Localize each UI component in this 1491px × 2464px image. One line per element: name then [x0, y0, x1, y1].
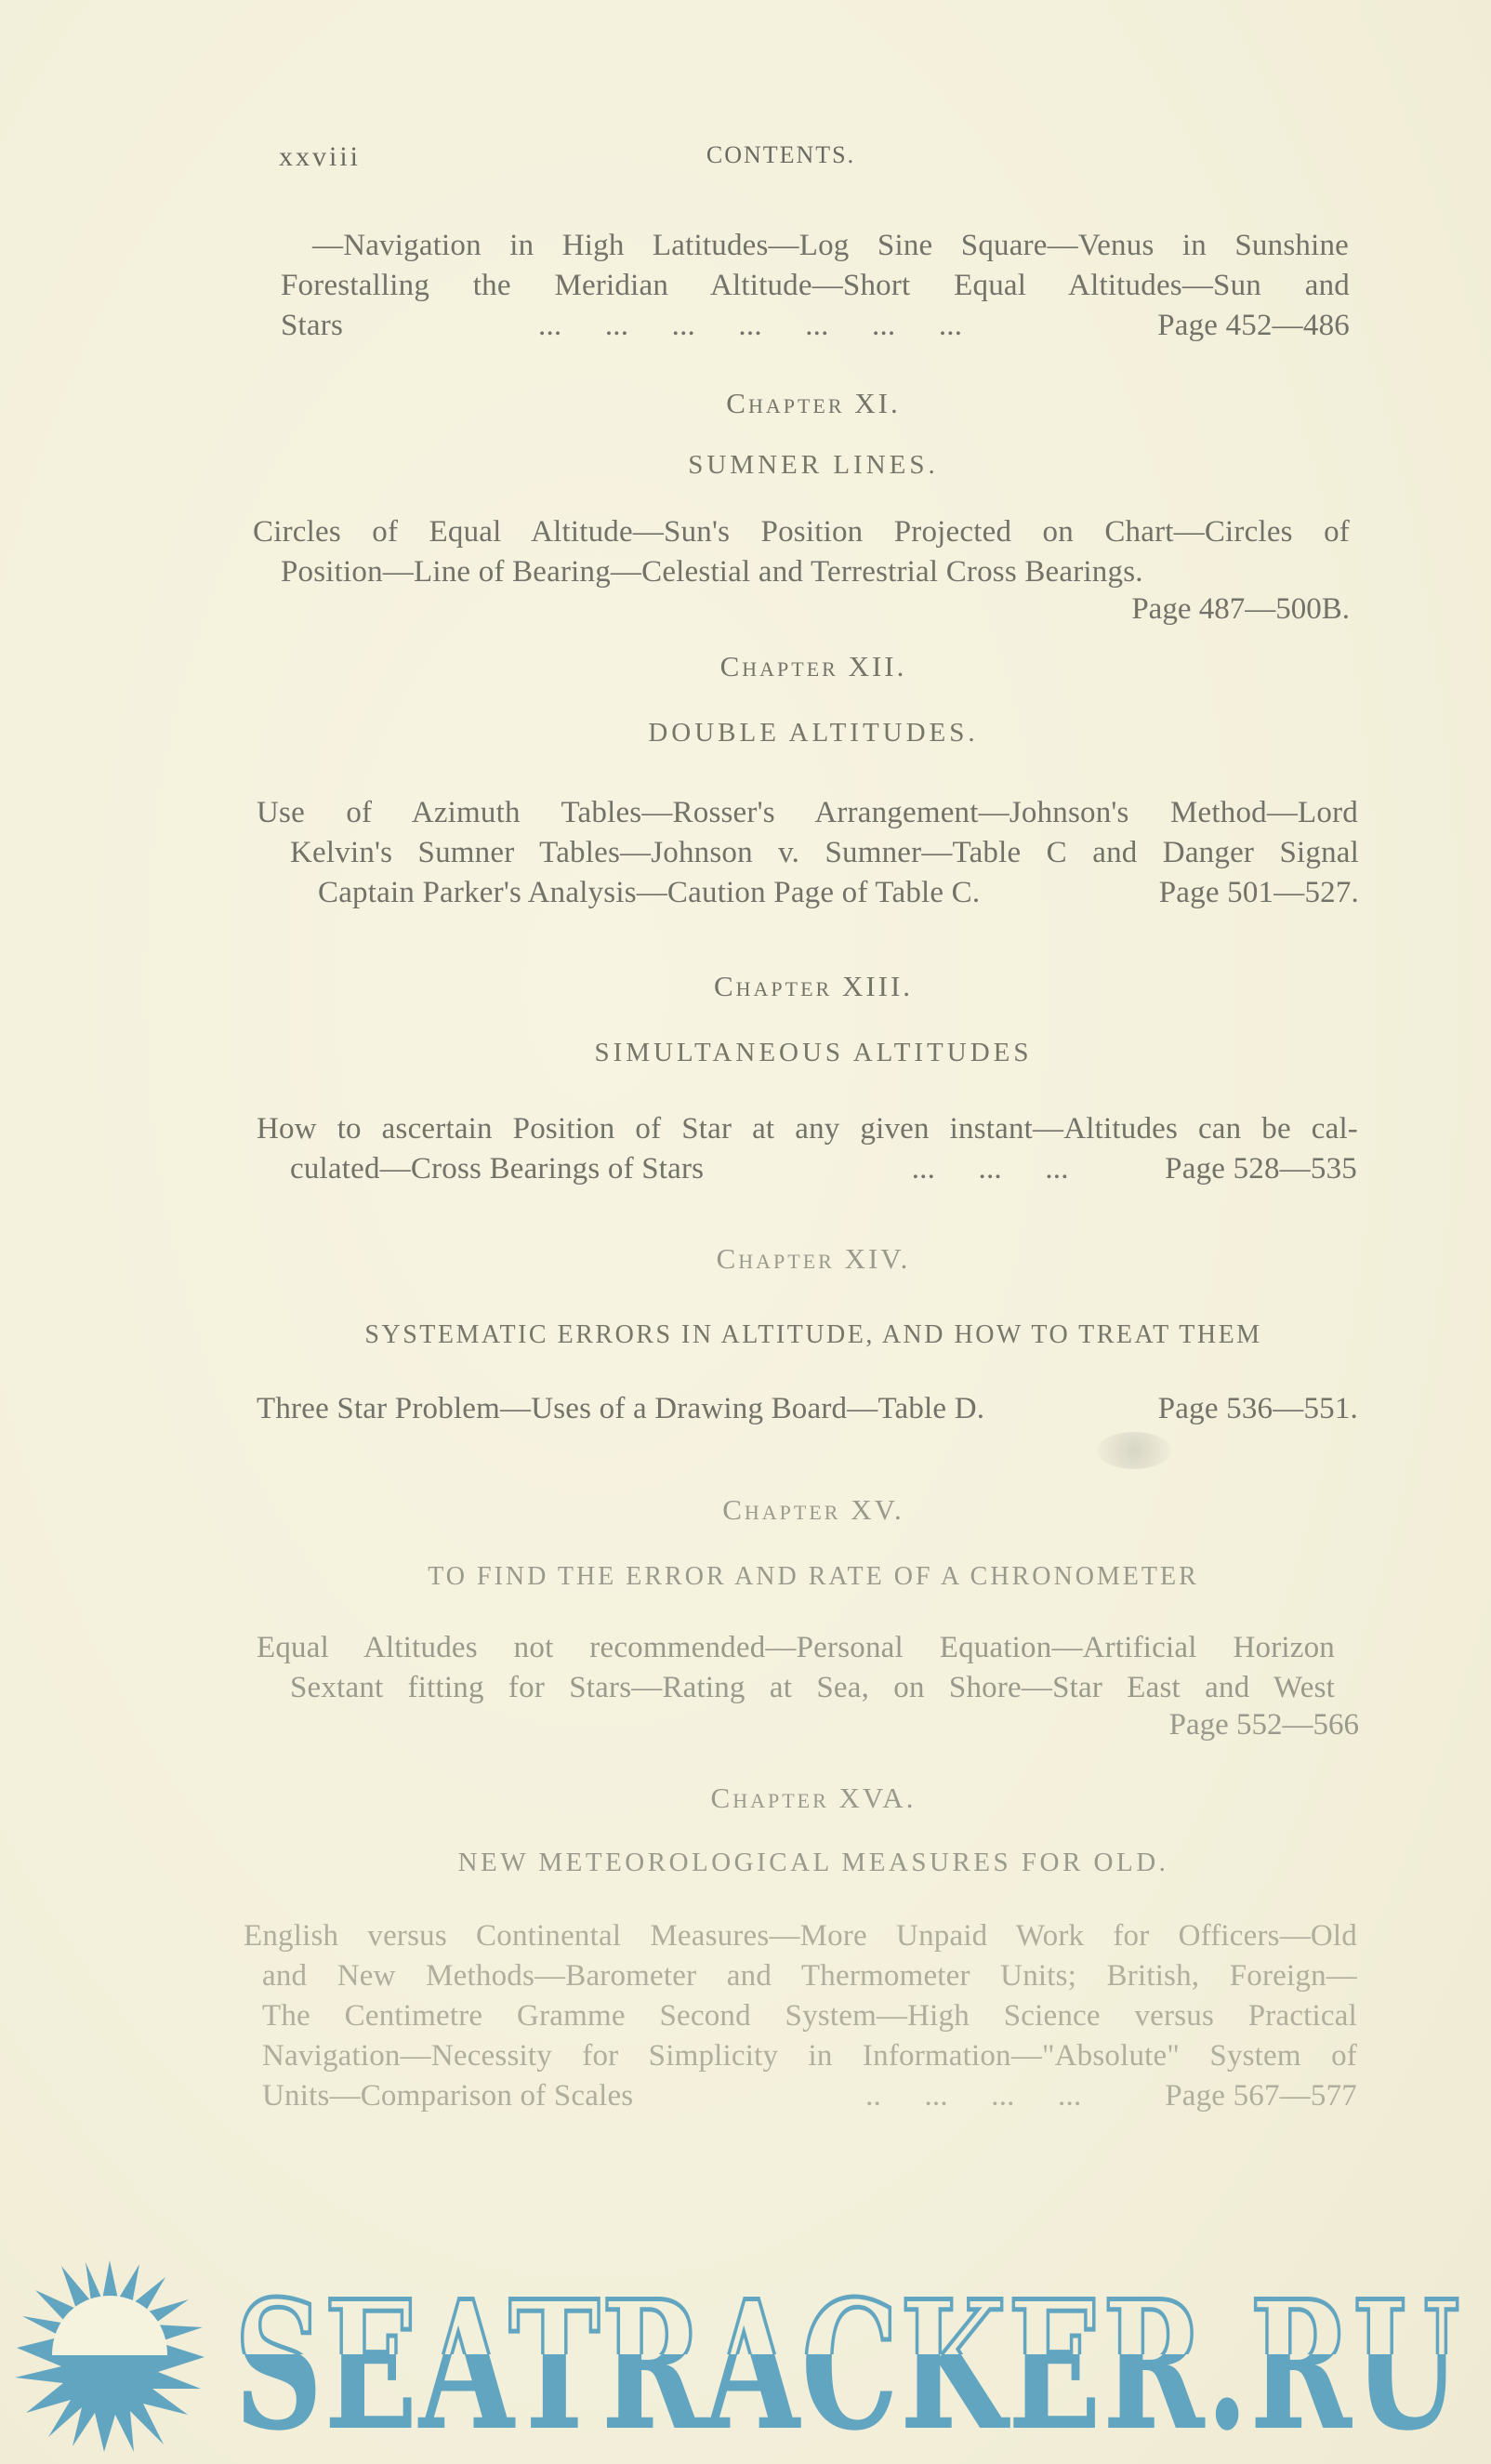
running-head: xxviii CONTENTS. — [279, 141, 1357, 179]
chapter-number: XV. — [851, 1493, 904, 1526]
chapter-title: NEW METEOROLOGICAL MEASURES FOR OLD. — [232, 1848, 1394, 1878]
entry-line: Sextant fitting for Stars—Rating at Sea,… — [290, 1668, 1335, 1708]
leader-dots: ... ... ... — [912, 1149, 1069, 1189]
chapter-title: SYSTEMATIC ERRORS IN ALTITUDE, AND HOW T… — [232, 1320, 1394, 1350]
scan-smudge — [1097, 1432, 1171, 1469]
entry-line: Units—Comparison of Scales .. ... ... ..… — [262, 2076, 1357, 2116]
page-range: Page 536—551. — [1158, 1389, 1358, 1429]
chapter-title: DOUBLE ALTITUDES. — [232, 718, 1394, 748]
chapter-title: SUMNER LINES. — [232, 450, 1394, 481]
entry-line: culated—Cross Bearings of Stars ... ... … — [290, 1149, 1357, 1189]
leader-dots: .. ... ... ... — [865, 2076, 1081, 2116]
entry-line: Forestalling the Meridian Altitude—Short… — [281, 266, 1350, 306]
page-range: Page 501—527. — [1159, 873, 1359, 913]
entry-line: Use of Azimuth Tables—Rosser's Arrangeme… — [257, 793, 1358, 833]
entry-line: Equal Altitudes not recommended—Personal… — [257, 1628, 1335, 1668]
entry-line: Kelvin's Sumner Tables—Johnson v. Sumner… — [290, 833, 1359, 873]
chapter-label: Chapter XV. — [232, 1493, 1394, 1527]
entry-line: The Centimetre Gramme Second System—High… — [262, 1996, 1357, 2036]
chapter-label: Chapter XVA. — [232, 1782, 1394, 1815]
page-range: Page 552—566 — [1169, 1708, 1359, 1742]
chapter-label: Chapter XI. — [232, 387, 1394, 420]
entry-line: How to ascertain Position of Star at any… — [257, 1109, 1358, 1149]
page-range: Page 487—500B. — [1131, 592, 1350, 627]
entry-line: Stars ... ... ... ... ... ... ... Page 4… — [281, 306, 1350, 346]
entry-text: Three Star Problem—Uses of a Drawing Boa… — [257, 1389, 984, 1429]
chapter-number: XIII. — [842, 970, 913, 1002]
chapter-number: XI. — [854, 387, 900, 419]
chapter-label: Chapter XIII. — [232, 970, 1394, 1003]
entry-line: English versus Continental Measures—More… — [244, 1916, 1357, 1956]
chapter-label: Chapter XIV. — [232, 1242, 1394, 1276]
chapter-number: XVA. — [839, 1782, 917, 1814]
sun-icon: SEATRACKER.RU SEATRACKER.RU — [0, 2245, 1491, 2464]
chapter-title: SIMULTANEOUS ALTITUDES — [232, 1038, 1394, 1068]
entry-text: culated—Cross Bearings of Stars — [290, 1149, 704, 1189]
chapter-word: Chapter — [714, 970, 832, 1002]
chapter-word: Chapter — [720, 650, 838, 682]
entry-text: Units—Comparison of Scales — [262, 2076, 633, 2116]
chapter-label: Chapter XII. — [232, 650, 1394, 683]
chapter-word: Chapter — [722, 1493, 840, 1526]
chapter-word: Chapter — [726, 387, 844, 419]
entry-text: Stars — [281, 306, 343, 346]
entry-line: and New Methods—Barometer and Thermomete… — [262, 1956, 1357, 1996]
running-title: CONTENTS. — [279, 141, 1283, 169]
watermark-logo: SEATRACKER.RU SEATRACKER.RU — [0, 2245, 1491, 2464]
entry-line: Captain Parker's Analysis—Caution Page o… — [318, 873, 1359, 913]
chapter-number: XIV. — [845, 1242, 911, 1275]
entry-line: Position—Line of Bearing—Celestial and T… — [281, 552, 1271, 592]
chapter-number: XII. — [849, 650, 907, 682]
entry-line: Three Star Problem—Uses of a Drawing Boa… — [257, 1389, 1358, 1429]
chapter-title: TO FIND THE ERROR AND RATE OF A CHRONOME… — [232, 1562, 1394, 1592]
entry-line: —Navigation in High Latitudes—Log Sine S… — [312, 226, 1349, 266]
page-range: Page 567—577 — [1165, 2076, 1357, 2116]
entry-line: Navigation—Necessity for Simplicity in I… — [262, 2036, 1357, 2076]
page-range: Page 452—486 — [1157, 306, 1350, 346]
chapter-word: Chapter — [711, 1782, 829, 1814]
entry-text: Captain Parker's Analysis—Caution Page o… — [318, 873, 980, 913]
entry-line: Circles of Equal Altitude—Sun's Position… — [253, 512, 1350, 552]
leader-dots: ... ... ... ... ... ... ... — [538, 306, 962, 346]
page-range: Page 528—535 — [1165, 1149, 1357, 1189]
chapter-word: Chapter — [717, 1242, 835, 1275]
